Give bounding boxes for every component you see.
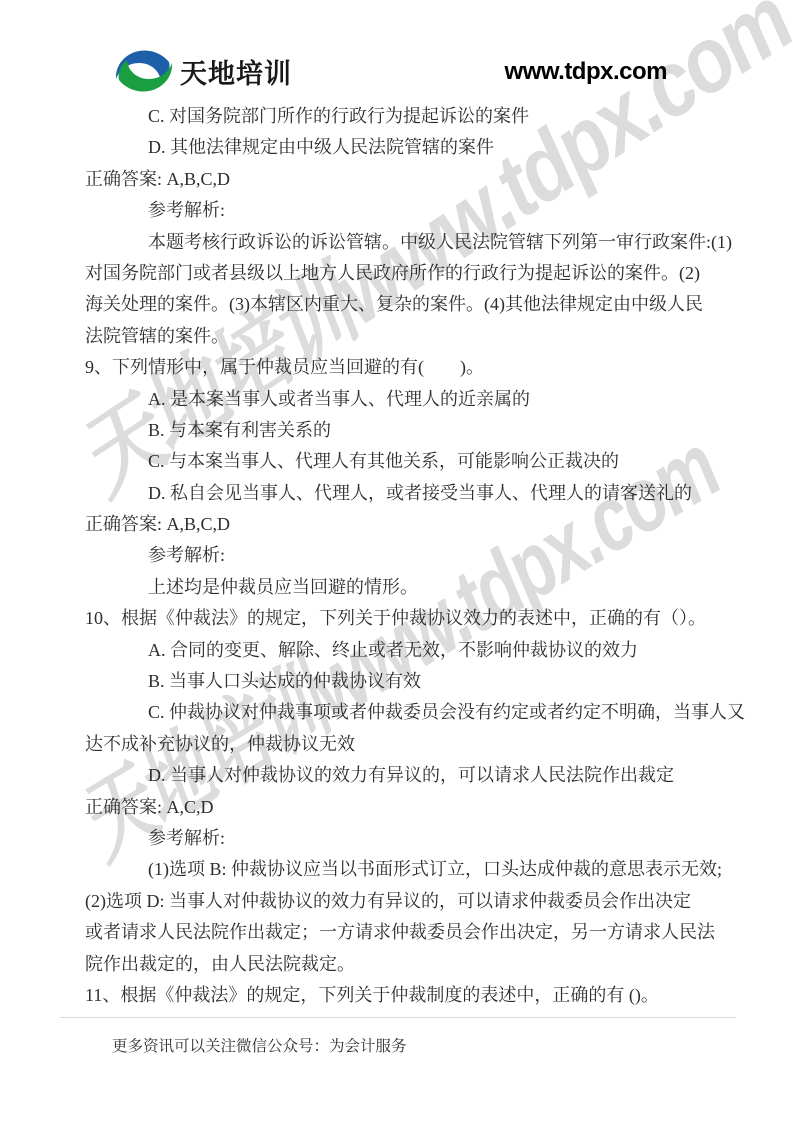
document-line: 参考解析: xyxy=(85,195,725,226)
document-line: 11、根据《仲裁法》的规定，下列关于仲裁制度的表述中，正确的有 ()。 xyxy=(85,980,725,1011)
document-line: (1)选项 B: 仲裁协议应当以书面形式订立，口头达成仲裁的意思表示无效; xyxy=(85,854,725,885)
page-header: 天地培训 www.tdpx.com xyxy=(0,0,793,100)
document-body: C. 对国务院部门所作的行政行为提起诉讼的案件D. 其他法律规定由中级人民法院管… xyxy=(85,101,725,1011)
document-line: 正确答案: A,C,D xyxy=(85,792,725,823)
document-line: 正确答案: A,B,C,D xyxy=(85,164,725,195)
document-line: 对国务院部门或者县级以上地方人民政府所作的行政行为提起诉讼的案件。(2) xyxy=(85,258,725,289)
document-line: 本题考核行政诉讼的诉讼管辖。中级人民法院管辖下列第一审行政案件:(1) xyxy=(85,227,725,258)
document-line: D. 其他法律规定由中级人民法院管辖的案件 xyxy=(85,132,725,163)
document-line: D. 私自会见当事人、代理人，或者接受当事人、代理人的请客送礼的 xyxy=(85,478,725,509)
document-line: A. 合同的变更、解除、终止或者无效，不影响仲裁协议的效力 xyxy=(85,635,725,666)
brand-swirl-icon xyxy=(112,48,176,94)
document-line: B. 与本案有利害关系的 xyxy=(85,415,725,446)
document-line: A. 是本案当事人或者当事人、代理人的近亲属的 xyxy=(85,384,725,415)
document-line: D. 当事人对仲裁协议的效力有异议的，可以请求人民法院作出裁定 xyxy=(85,760,725,791)
document-line: 海关处理的案件。(3)本辖区内重大、复杂的案件。(4)其他法律规定由中级人民 xyxy=(85,289,725,320)
site-url: www.tdpx.com xyxy=(505,58,667,86)
document-line: (2)选项 D: 当事人对仲裁协议的效力有异议的，可以请求仲裁委员会作出决定 xyxy=(85,886,725,917)
document-line: 法院管辖的案件。 xyxy=(85,321,725,352)
document-line: C. 对国务院部门所作的行政行为提起诉讼的案件 xyxy=(85,101,725,132)
document-line: 9、下列情形中，属于仲裁员应当回避的有( )。 xyxy=(85,352,725,383)
document-line: B. 当事人口头达成的仲裁协议有效 xyxy=(85,666,725,697)
document-line: 上述均是仲裁员应当回避的情形。 xyxy=(85,572,725,603)
document-line: C. 仲裁协议对仲裁事项或者仲裁委员会没有约定或者约定不明确，当事人又 xyxy=(85,697,725,728)
document-line: C. 与本案当事人、代理人有其他关系，可能影响公正裁决的 xyxy=(85,446,725,477)
document-line: 院作出裁定的，由人民法院裁定。 xyxy=(85,949,725,980)
document-line: 达不成补充协议的，仲裁协议无效 xyxy=(85,729,725,760)
brand-logo: 天地培训 xyxy=(112,48,292,94)
brand-name: 天地培训 xyxy=(180,52,292,91)
document-line: 正确答案: A,B,C,D xyxy=(85,509,725,540)
document-line: 或者请求人民法院作出裁定；一方请求仲裁委员会作出决定，另一方请求人民法 xyxy=(85,917,725,948)
document-line: 10、根据《仲裁法》的规定，下列关于仲裁协议效力的表述中，正确的有（）。 xyxy=(85,603,725,634)
footer-divider xyxy=(60,1017,736,1018)
document-line: 参考解析: xyxy=(85,540,725,571)
document-line: 参考解析: xyxy=(85,823,725,854)
footer-note: 更多资讯可以关注微信公众号：为会计服务 xyxy=(112,1034,407,1056)
